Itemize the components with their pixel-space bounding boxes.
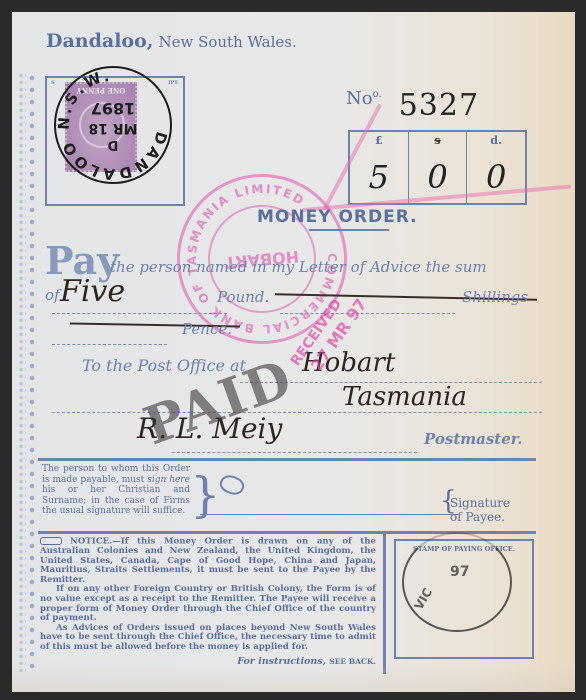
postmark-prefix: D — [56, 137, 170, 152]
pence-unit: d. — [467, 134, 525, 147]
notice-heading: NOTICE. — [70, 537, 112, 547]
notice-footer: For instructions, SEE BACK. — [40, 657, 376, 667]
state-name: New South Wales. — [158, 33, 296, 51]
pointing-hand-icon — [217, 472, 246, 498]
shillings-unit: s — [409, 134, 467, 147]
payee-signature-line[interactable] — [200, 514, 458, 515]
amount-shillings: s 0 — [409, 132, 468, 203]
order-number-value: 5327 — [399, 88, 479, 123]
post-office-region: Tasmania — [342, 382, 467, 412]
pound-label: Pound. — [217, 288, 269, 306]
dandaloo-postmark: DANDALOO N.S.W. D MR 18 1897 — [54, 66, 172, 184]
shillings-value: 0 — [409, 158, 467, 196]
shillings-label: Shillings — [462, 288, 528, 306]
paying-office-postmark: VIC 97 — [402, 532, 512, 632]
notice-section: NOTICE.—If this Money Order is drawn on … — [40, 537, 376, 666]
payee-instructions: The person to whom this Order is made pa… — [42, 464, 190, 517]
order-number: Noo. 5327 — [346, 88, 479, 123]
of-word: of — [45, 286, 60, 304]
postmark-year: 1897 — [56, 99, 170, 118]
header-title: Dandaloo, New South Wales. — [46, 30, 297, 52]
pay-instruction-text: the person named in my Letter of Advice … — [110, 258, 487, 276]
document-title: MONEY ORDER. — [257, 207, 418, 227]
signature-of-payee-label: { Signature of Payee. — [450, 496, 510, 524]
pounds-value: 5 — [350, 158, 408, 196]
pence-label: Pence. — [182, 320, 232, 338]
postmark-date: MR 18 — [56, 120, 170, 136]
town-name: Dandaloo — [46, 30, 147, 52]
pointing-hand-icon — [40, 537, 62, 545]
money-order-document: Dandaloo, New South Wales. S IPT. ONE PE… — [12, 12, 575, 692]
pounds-written: Five — [60, 274, 125, 309]
stamp-box-label-left: S — [51, 80, 55, 86]
postmaster-label: Postmaster. — [424, 430, 523, 448]
perforated-stub-edge — [18, 72, 40, 672]
